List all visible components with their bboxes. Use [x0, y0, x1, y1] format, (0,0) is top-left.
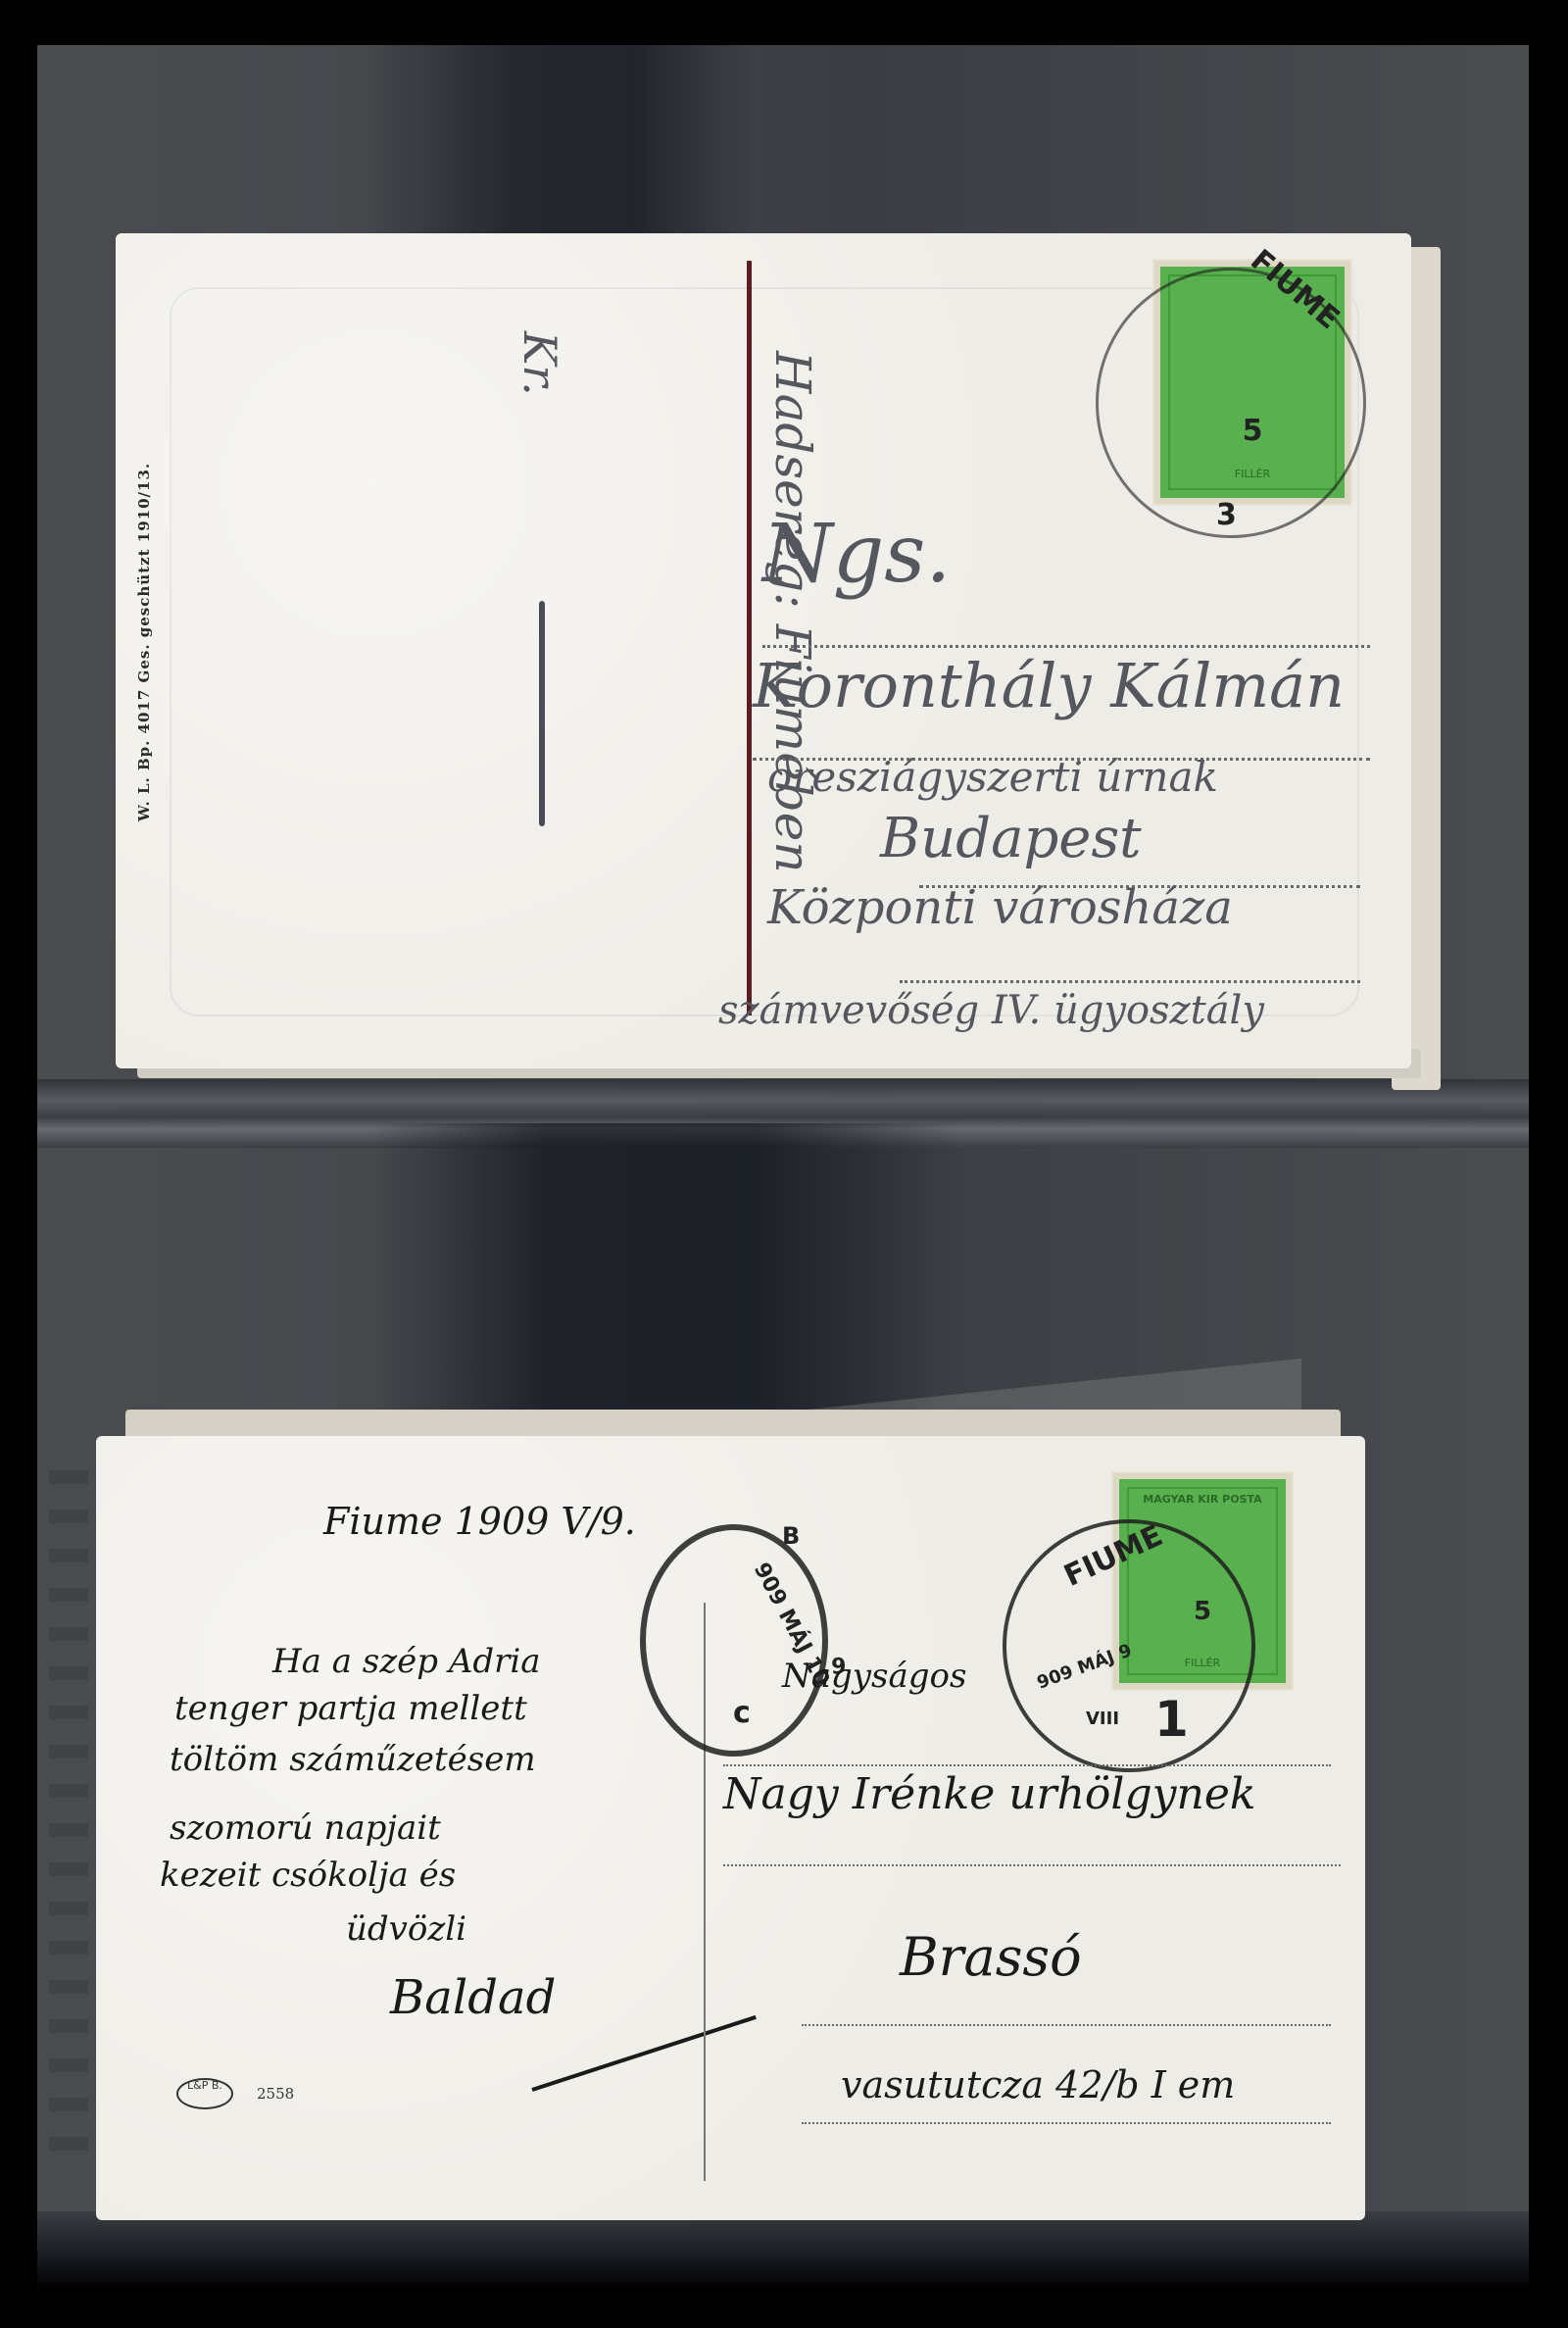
message-line: töltöm száműzetésem [170, 1740, 536, 1779]
signature: Baldad [390, 1970, 556, 2025]
address-rule [802, 2024, 1331, 2026]
message-line: kezeit csókolja és [160, 1856, 456, 1895]
message-line: tenger partja mellett [174, 1689, 527, 1728]
address-rule [900, 980, 1360, 983]
address-line: Központi városháza [767, 880, 1233, 935]
sleeve-shadow [361, 45, 753, 241]
message-line: üdvözli [346, 1909, 466, 1949]
address-rule [723, 1864, 1341, 1866]
card-stack-edge [125, 1410, 1341, 1439]
postcard-top[interactable]: W. L. Bp. 4017 Ges. geschützt 1910/13. K… [116, 233, 1411, 1068]
address-line: oresziágyszerti úrnak [767, 753, 1218, 801]
arrival-postmark-town: B [782, 1522, 800, 1550]
address-line: Budapest [880, 807, 1142, 870]
publisher-mark: L&P B. 2558 [176, 2078, 294, 2109]
address-line: vasututcza 42/b I em [841, 2063, 1235, 2106]
address-line: Koronthály Kálmán [753, 650, 1345, 721]
signature-flourish [531, 2015, 756, 2092]
address-line: számvevőség IV. ügyosztály [718, 988, 1264, 1033]
publisher-logo: L&P B. [176, 2078, 233, 2109]
card-behind-edge [49, 1470, 88, 2156]
address-line: Brassó [900, 1926, 1082, 1988]
postmark-number: 3 [1216, 498, 1237, 532]
handwritten-note: Kr. [514, 331, 566, 396]
pencil-stroke [539, 601, 545, 826]
address-line: Nagy Irénke urhölgynek [723, 1769, 1256, 1819]
origin-postmark-number: 1 [1154, 1691, 1189, 1748]
arrival-postmark-letter: c [733, 1696, 751, 1730]
album-bottom-edge [37, 2211, 1529, 2290]
publisher-imprint: W. L. Bp. 4017 Ges. geschützt 1910/13. [135, 463, 153, 821]
salutation: Ngs. [762, 508, 951, 601]
address-rule [723, 1764, 1331, 1766]
address-rule [802, 2122, 1331, 2124]
origin-postmark-series: VIII [1086, 1709, 1119, 1729]
postcard-bottom[interactable]: Fiume 1909 V/9. Ha a szép Adria tenger p… [96, 1436, 1365, 2220]
address-rule [762, 645, 1370, 648]
message-line: szomorú napjait [170, 1808, 441, 1848]
message-line: Ha a szép Adria [272, 1642, 541, 1681]
address-line: Nagyságos [782, 1657, 966, 1696]
sleeve-shadow [370, 1123, 958, 1437]
dateline: Fiume 1909 V/9. [323, 1500, 636, 1543]
address-divider-line [747, 261, 752, 1015]
publisher-number: 2558 [257, 2085, 294, 2103]
